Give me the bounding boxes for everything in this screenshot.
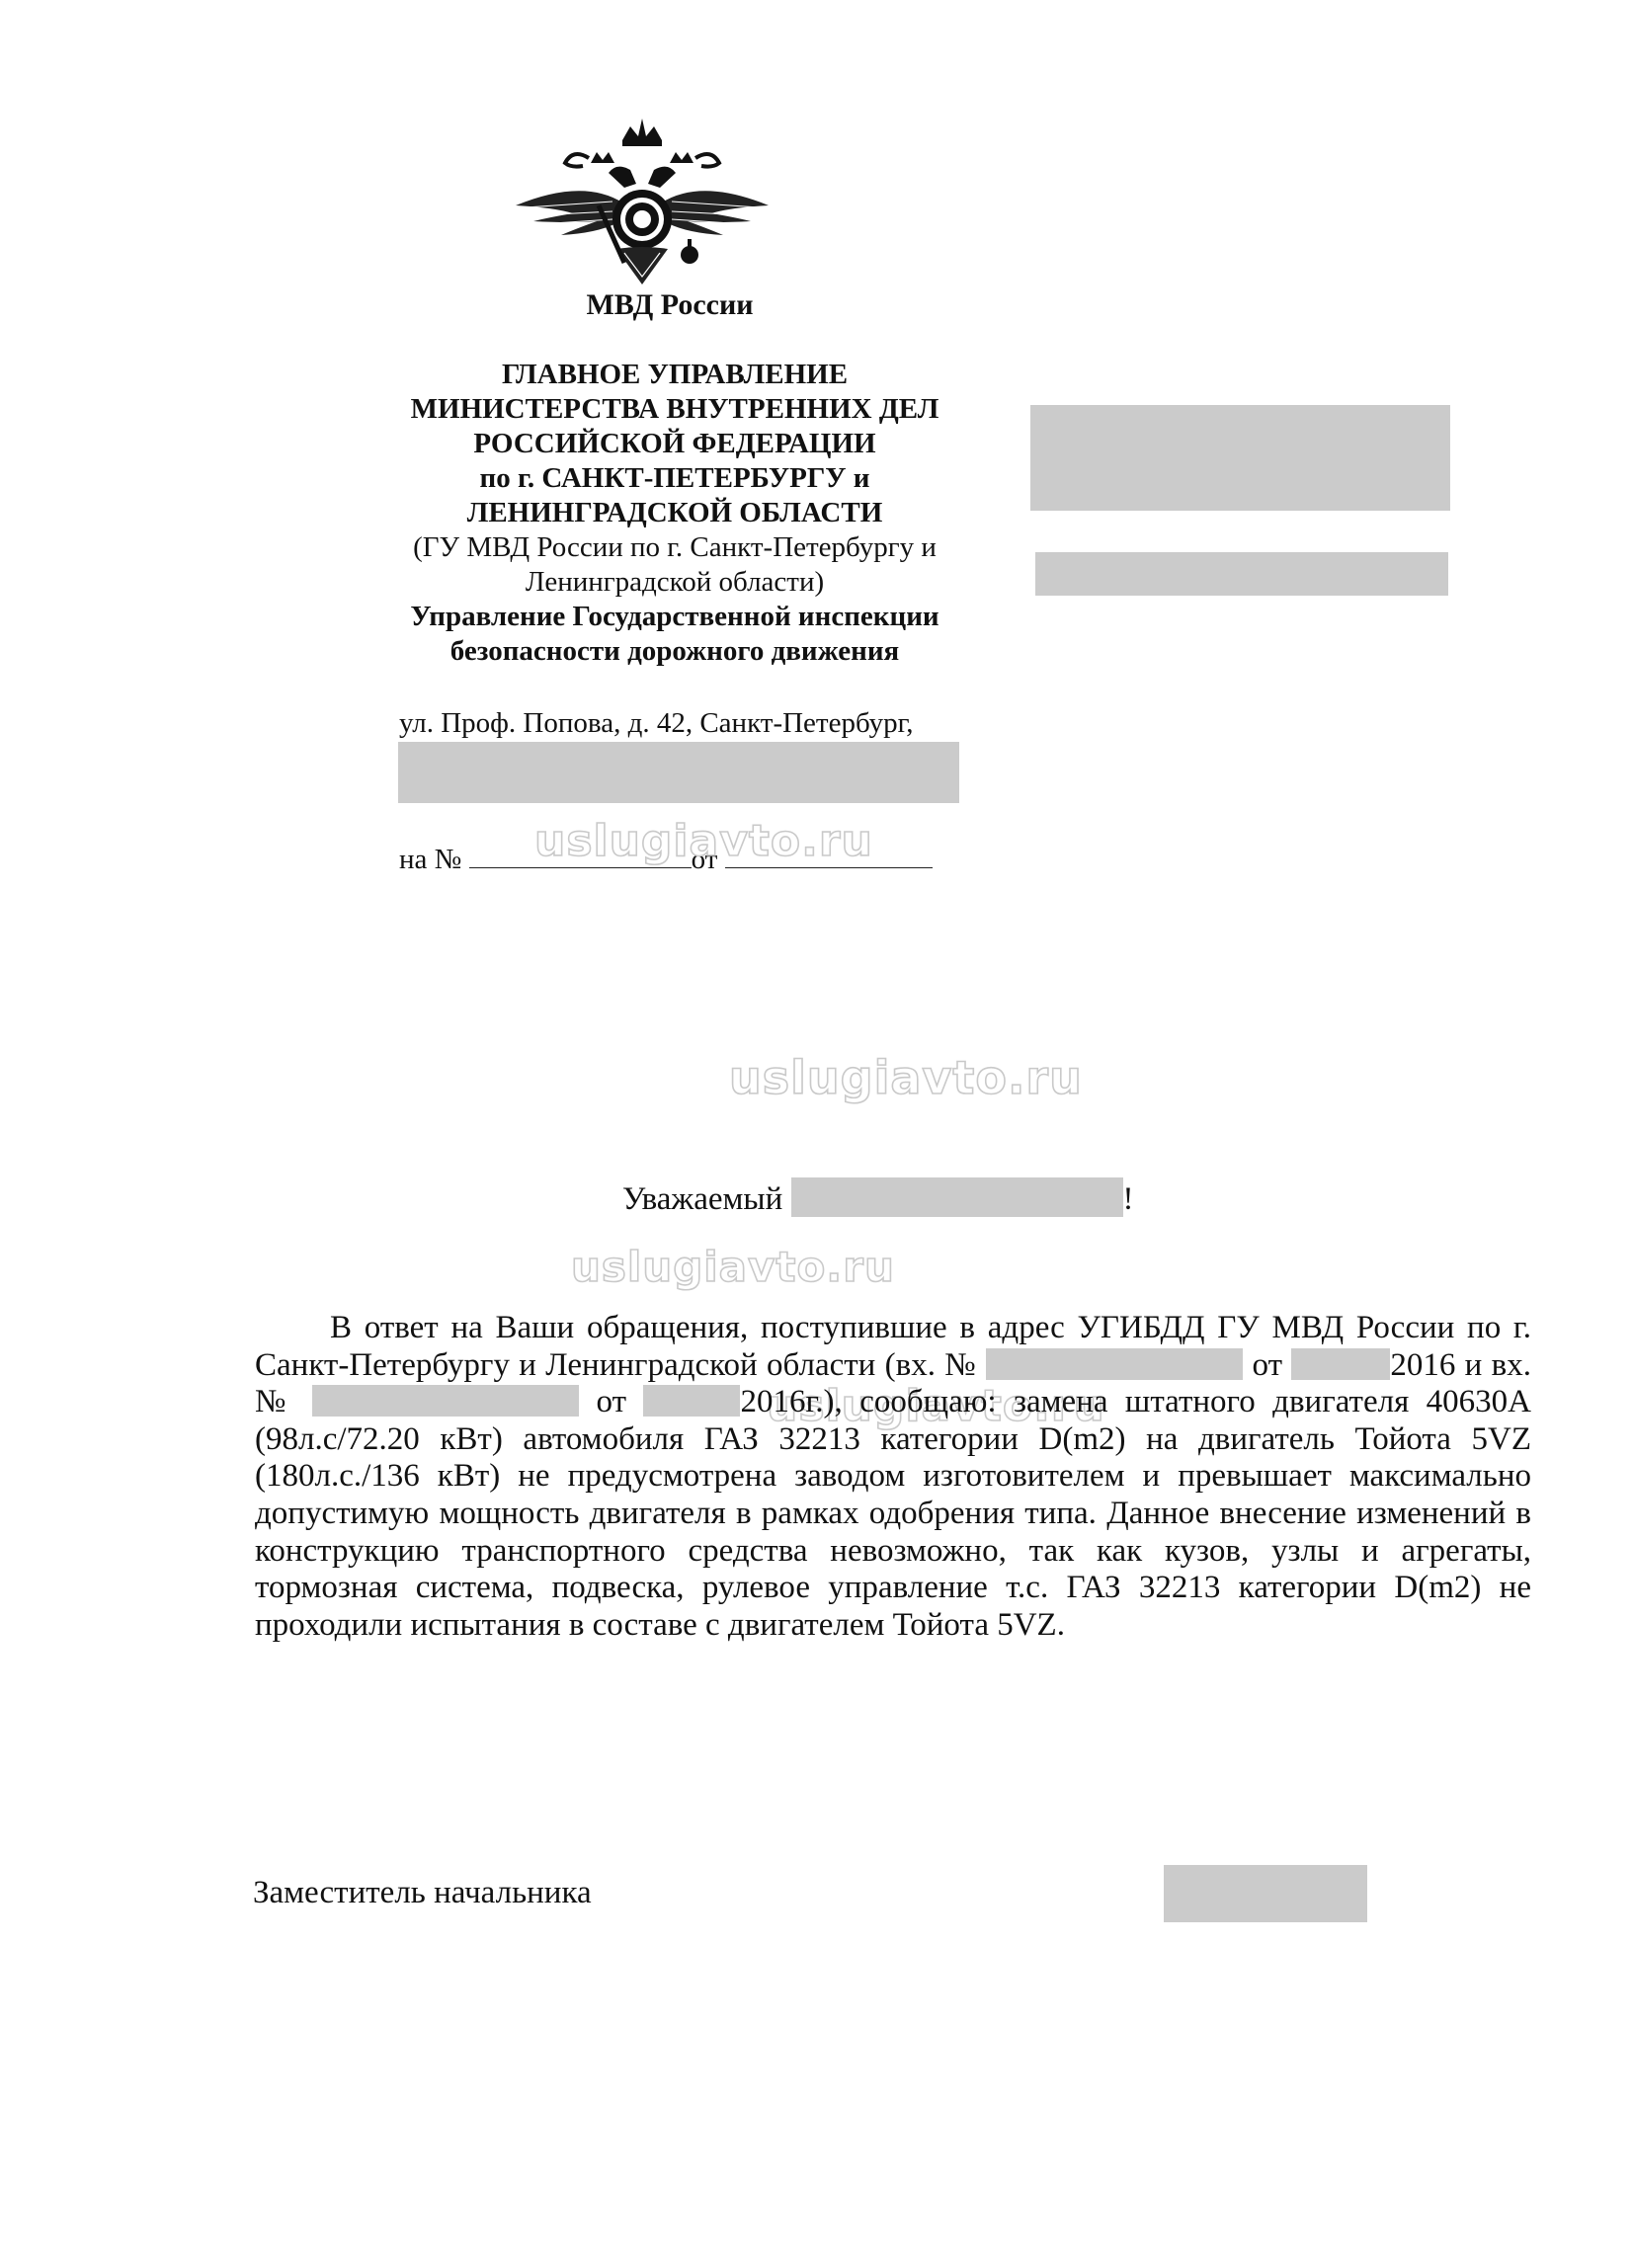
letterhead-line: (ГУ МВД России по г. Санкт-Петербургу и: [373, 530, 976, 565]
greeting-line: Уважаемый !: [622, 1177, 1134, 1218]
ref-number-label: на №: [399, 844, 461, 875]
redacted-incoming-number-2: [312, 1385, 579, 1417]
body-from-2: от: [597, 1384, 627, 1419]
redacted-signatory-name: [1164, 1865, 1367, 1922]
watermark: uslugiavto.ru: [571, 1243, 895, 1291]
letterhead-line: Управление Государственной инспекции: [373, 600, 976, 634]
letterhead-line: безопасности дорожного движения: [373, 634, 976, 669]
redacted-date-1: [1291, 1348, 1390, 1380]
letterhead-line: ЛЕНИНГРАДСКОЙ ОБЛАСТИ: [373, 496, 976, 530]
mvd-emblem-icon: [514, 119, 771, 291]
agency-short-name: МВД России: [472, 288, 867, 322]
watermark: uslugiavto.ru: [729, 1051, 1083, 1104]
letterhead-line: МИНИСТЕРСТВА ВНУТРЕННИХ ДЕЛ: [373, 392, 976, 427]
redacted-recipient-address: [1035, 552, 1448, 596]
redacted-recipient-name: [1030, 405, 1450, 511]
body-main: сообщаю: замена штатного двигателя 40630…: [255, 1384, 1531, 1643]
body-year-2: 2016г.),: [740, 1384, 842, 1419]
redacted-address: [398, 742, 959, 803]
agency-address: ул. Проф. Попова, д. 42, Санкт-Петербург…: [399, 707, 914, 740]
signatory-position: Заместитель начальника: [253, 1875, 592, 1911]
letterhead-line: Ленинградской области): [373, 565, 976, 600]
redacted-recipient: [791, 1177, 1123, 1217]
letter-body: В ответ на Ваши обращения, поступившие в…: [255, 1310, 1531, 1644]
watermark: uslugiavto.ru: [534, 816, 873, 866]
letterhead-line: РОССИЙСКОЙ ФЕДЕРАЦИИ: [373, 427, 976, 461]
salutation: Уважаемый: [622, 1181, 782, 1217]
greeting-exclamation: !: [1123, 1181, 1134, 1217]
letterhead-block: ГЛАВНОЕ УПРАВЛЕНИЕ МИНИСТЕРСТВА ВНУТРЕНН…: [373, 358, 976, 669]
redacted-incoming-number-1: [986, 1348, 1243, 1380]
redacted-date-2: [643, 1385, 740, 1417]
letterhead-line: по г. САНКТ-ПЕТЕРБУРГУ и: [373, 461, 976, 496]
body-from-1: от: [1253, 1347, 1283, 1383]
letterhead-line: ГЛАВНОЕ УПРАВЛЕНИЕ: [373, 358, 976, 392]
